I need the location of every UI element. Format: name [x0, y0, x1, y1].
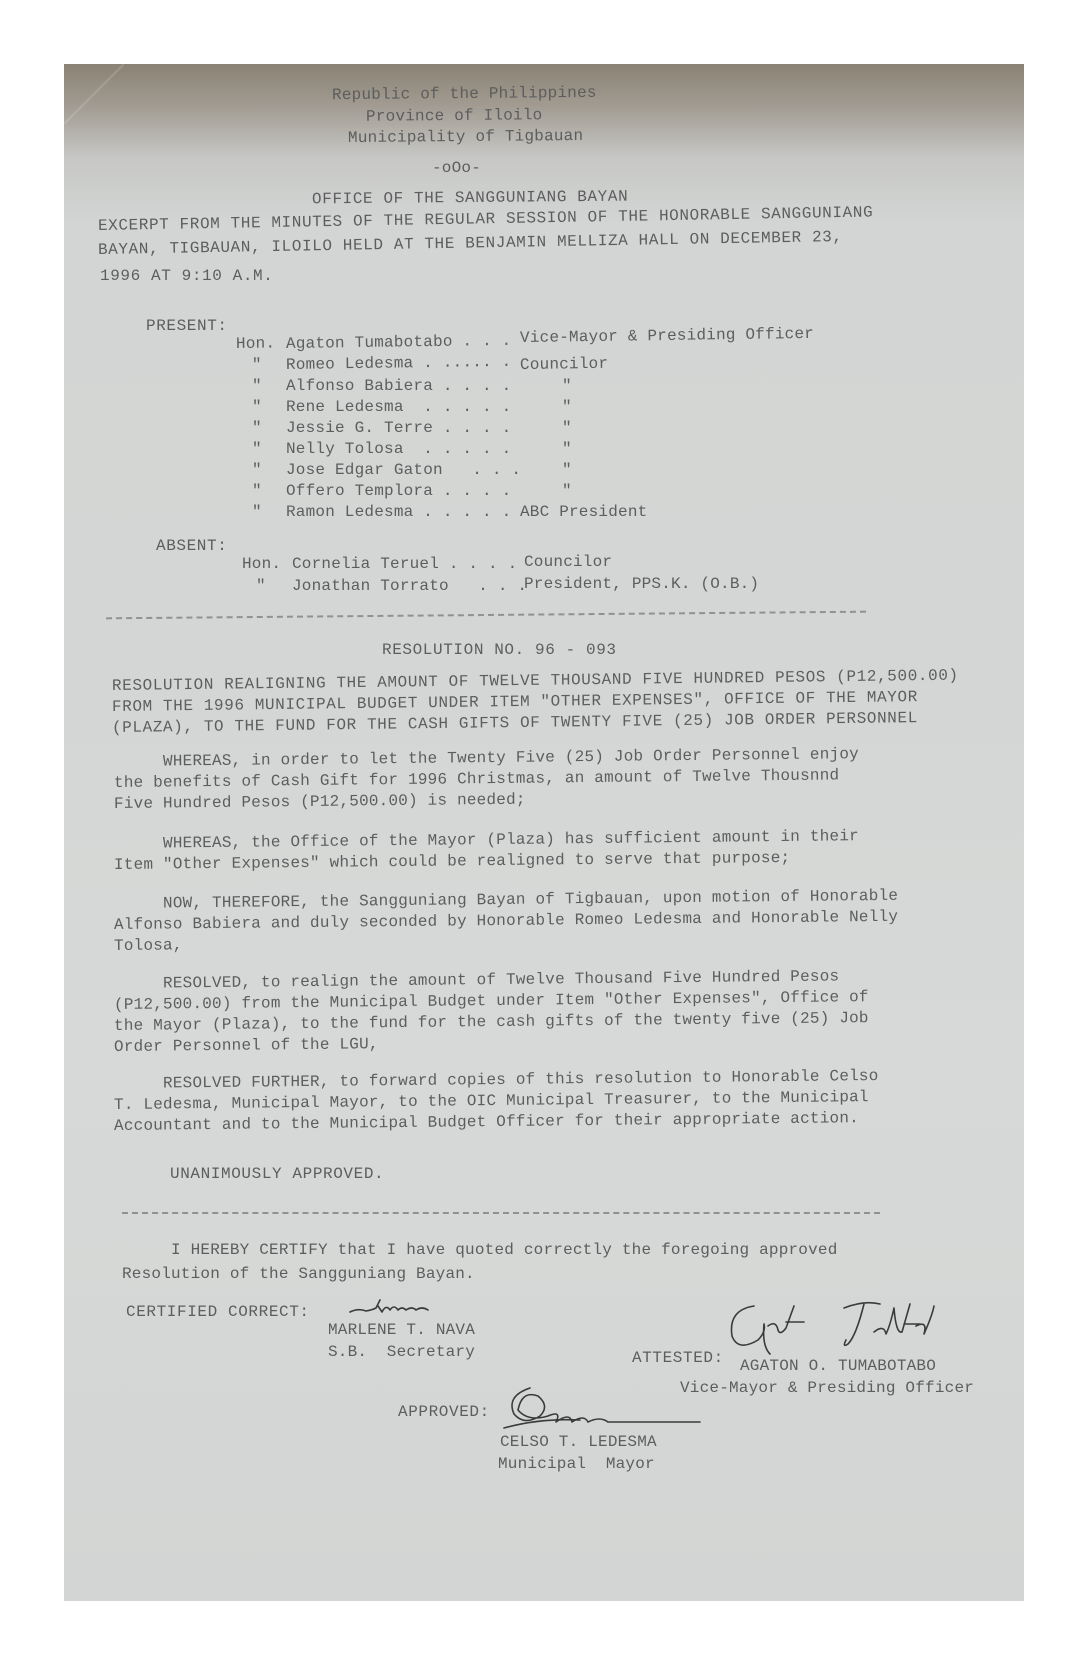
present-member-name: Offero Templora . . . .: [286, 481, 511, 501]
present-member-role: ": [562, 460, 572, 480]
absent-member-role: Councilor: [524, 552, 612, 572]
present-member-name: Jessie G. Terre . . . .: [286, 418, 511, 438]
present-member-name: Nelly Tolosa . . . . .: [286, 439, 511, 459]
present-member-role: ": [562, 376, 572, 396]
present-member-prefix: ": [252, 460, 262, 480]
vice-mayor-title: Vice-Mayor & Presiding Officer: [680, 1378, 974, 1398]
resolution-paragraph-line: Tolosa,: [114, 935, 183, 956]
present-member-prefix: ": [252, 439, 262, 459]
resolution-number: RESOLUTION NO. 96 - 093: [382, 640, 617, 660]
resolution-paragraph-line: Five Hundred Pesos (P12,500.00) is neede…: [114, 790, 526, 814]
secretary-signature: [346, 1296, 466, 1320]
absent-member-name: Jonathan Torrato . . .: [292, 576, 527, 596]
office-heading: OFFICE OF THE SANGGUNIANG BAYAN: [312, 187, 628, 210]
certified-correct-label: CERTIFIED CORRECT:: [126, 1302, 310, 1322]
present-member-prefix: ": [252, 481, 262, 501]
header-republic: Republic of the Philippines: [332, 83, 597, 105]
excerpt-line-3: 1996 AT 9:10 A.M.: [100, 266, 273, 286]
header-province: Province of Iloilo: [366, 105, 543, 127]
present-member-prefix: ": [252, 355, 262, 375]
present-member-prefix: Hon.: [236, 333, 275, 354]
mayor-title: Municipal Mayor: [498, 1454, 655, 1474]
present-member-name: Romeo Ledesma . ..... .: [286, 352, 512, 375]
present-member-name: Jose Edgar Gaton . . .: [286, 460, 521, 480]
approved-label: APPROVED:: [398, 1402, 490, 1422]
present-member-prefix: ": [252, 418, 262, 438]
present-label: PRESENT:: [146, 316, 228, 336]
section-divider: [106, 611, 866, 620]
present-member-name: Agaton Tumabotabo . . .: [286, 331, 512, 354]
present-member-prefix: ": [252, 376, 262, 396]
mayor-name: CELSO T. LEDESMA: [500, 1432, 657, 1452]
attested-label: ATTESTED:: [632, 1348, 724, 1368]
approval-status: UNANIMOUSLY APPROVED.: [170, 1164, 384, 1184]
vice-mayor-signature: [724, 1296, 964, 1360]
section-divider-2: [122, 1212, 880, 1214]
present-member-role: Councilor: [520, 354, 608, 375]
present-member-prefix: ": [252, 502, 262, 522]
absent-member-role: President, PPS.K. (O.B.): [524, 574, 759, 594]
absent-member-prefix: Hon.: [242, 554, 281, 574]
present-member-prefix: ": [252, 397, 262, 417]
present-member-name: Rene Ledesma . . . . .: [286, 397, 511, 417]
present-member-role: Vice-Mayor & Presiding Officer: [520, 324, 814, 348]
header-ornament: -oOo-: [432, 158, 481, 178]
present-member-role: ": [562, 481, 572, 501]
resolution-paragraph-line: Order Personnel of the LGU,: [114, 1034, 379, 1057]
present-member-name: Alfonso Babiera . . . .: [286, 376, 511, 396]
secretary-name: MARLENE T. NAVA: [328, 1320, 475, 1340]
absent-label: ABSENT:: [156, 536, 227, 556]
present-member-role: ": [562, 439, 572, 459]
present-member-role: ABC President: [520, 502, 647, 522]
mayor-signature: [500, 1382, 710, 1432]
absent-member-name: Cornelia Teruel . . . .: [292, 554, 517, 574]
present-member-name: Ramon Ledesma . . . . .: [286, 502, 511, 522]
scanned-document-page: Republic of the Philippines Province of …: [64, 64, 1024, 1601]
present-member-role: ": [562, 397, 572, 417]
absent-member-prefix: ": [256, 576, 266, 596]
certification-line-1: I HEREBY CERTIFY that I have quoted corr…: [122, 1240, 838, 1260]
present-member-role: ": [562, 418, 572, 438]
vice-mayor-name: AGATON O. TUMABOTABO: [740, 1356, 936, 1376]
header-municipality: Municipality of Tigbauan: [348, 126, 583, 148]
secretary-title: S.B. Secretary: [328, 1342, 475, 1362]
certification-line-2: Resolution of the Sangguniang Bayan.: [122, 1264, 475, 1284]
